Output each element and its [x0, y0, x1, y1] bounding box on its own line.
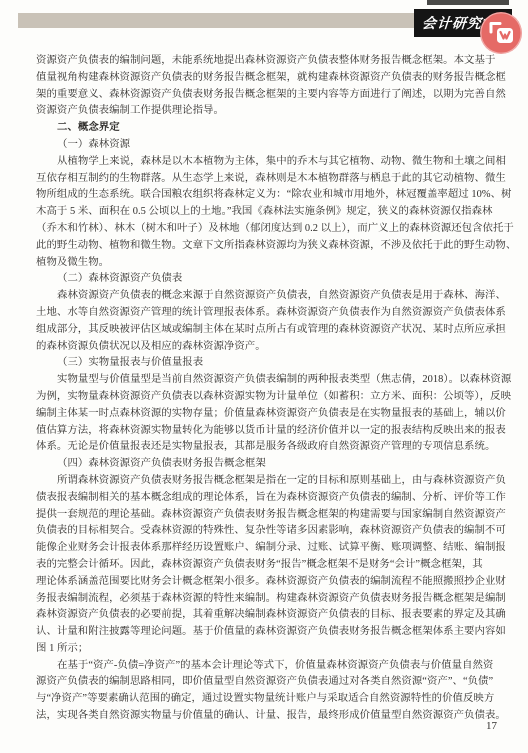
text-line: 资源资产负债表的编制问题，未能系统地提出森林资源资产负债表整体财务报告概念框架。… [36, 53, 495, 70]
text-line: 木高于 5 米、面积在 0.5 公顷以上的土地。”我国《森林法实施条例》规定，狭… [36, 204, 495, 221]
text-line: 从植物学上来说，森林是以木本植物为主体，集中的乔木与其它植物、动物、微生物和土壤… [36, 154, 495, 171]
text-line: 此的野生动物、植物和微生物。文章下文所指森林资源均为狭义森林资源，不涉及依托于此… [36, 238, 495, 255]
text-line: 二、概念界定 [36, 120, 495, 137]
text-line: 互依存相互制约的生物群落。从生态学上来说，森林则是木本植物群落与栖息于此的其它动… [36, 171, 495, 188]
text-line: 负债表的目标相契合。受森林资源的特殊性、复杂性等诸多因素影响，森林资源资产负债表… [36, 523, 495, 540]
text-line: 所谓森林资源资产负债表财务报告概念框架是指在一定的目标和原则基础上，由与森林资源… [36, 473, 495, 490]
floating-clip-button[interactable] [479, 11, 523, 55]
text-line: 架的重要意义、森林资源资产负债表财务报告概念框架的主要内容等方面进行了阐述，以期… [36, 87, 495, 104]
journal-page: 会计研究202 资源资产负债表的编制问题，未能系统地提出森林资源资产负债表整体财… [0, 0, 528, 753]
text-line: （三）实物量报表与价值量报表 [36, 355, 495, 372]
text-line: 值估算方法，将森林资源实物量转化为能够以货币计量的经济价值并以一定的报表结构反映… [36, 423, 495, 440]
text-line: 森林资源资产负债表的必要前提，其着重解决编制森林资源资产负债表的目标、报表要素的… [36, 607, 495, 624]
text-line: 图 1 所示； [36, 641, 495, 658]
article: 资源资产负债表的编制问题，未能系统地提出森林资源资产负债表整体财务报告概念框架。… [36, 53, 495, 725]
text-line: 物所组成的生态系统。联合国粮农组织将森林定义为：“除农业和城市用地外，林冠覆盖率… [36, 187, 495, 204]
text-line: 表的完整会计循环。因此，森林资源资产负债表财务“报告”概念框架不是财务“会计”概… [36, 557, 495, 574]
text-line: 理论体系涵盖范围要比财务会计概念框架小很多。森林资源资产负债表的编制流程不能照搬… [36, 574, 495, 591]
text-line: 森林资源资产负债表的概念来源于自然资源资产负债表，自然资源资产负债表是用于森林、… [36, 288, 495, 305]
text-line: 为例，实物量森林资源资产负债表以森林资源实物为计量单位（如蓄积：立方米、面积：公… [36, 389, 495, 406]
text-line: 资源资产负债表编制工作提供理论指导。 [36, 103, 495, 120]
text-line: （四）森林资源资产负债表财务报告概念框架 [36, 456, 495, 473]
text-line: 在基于“资产-负债=净资产”的基本会计理论等式下，价值量森林资源资产负债表与价值… [36, 658, 495, 675]
text-line: 土地、水等自然资源资产管理的统计管理报表体系。森林资源资产负债表作为自然资源资产… [36, 305, 495, 322]
text-line: （二）森林资源资产负债表 [36, 271, 495, 288]
page-edge-strip [427, 0, 509, 5]
text-line: 债表报表编制相关的基本概念组成的理论体系，旨在为森林资源资产负债表的编制、分析、… [36, 490, 495, 507]
text-line: 编制主体某一时点森林资源的实物存量；价值量森林资源资产负债表是在实物量报表的基础… [36, 406, 495, 423]
text-line: 实物量型与价值量型是当前自然资源资产负债表编制的两种报表类型（焦志倩，2018）… [36, 372, 495, 389]
text-line: 认、计量和附注披露等理论问题。基于价值量的森林资源资产负债表财务报告概念框架体系… [36, 624, 495, 641]
header-rule [18, 13, 415, 28]
text-line: 植物及微生物。 [36, 255, 495, 272]
text-line: 务报表编制流程，必须基于森林资源的特性来编制。构建森林资源资产负债表财务报告概念… [36, 591, 495, 608]
page-number: 17 [486, 720, 497, 732]
text-line: 的森林资源负债状况以及相应的森林资源净资产。 [36, 339, 495, 356]
text-line: 源资产负债表的编制思路相同，即价值量型自然资源资产负债表通过对各类自然资源“资产… [36, 674, 495, 691]
text-line: 体系。无论是价值量报表还是实物量报表，其都是服务各级政府自然资源资产管理的专项信… [36, 439, 495, 456]
text-line: 提供一套规范的理论基础。森林资源资产负债表财务报告概念框架的构建需要与国家编制自… [36, 507, 495, 524]
text-line: 值量视角构建森林资源资产负债表的财务报告概念框架，就构建森林资源资产负债表的财务… [36, 70, 495, 87]
text-line: （一）森林资源 [36, 137, 495, 154]
text-line: 能像企业财务会计报表体系那样经历设置账户、编制分录、过账、试算平衡、账项调整、结… [36, 540, 495, 557]
text-line: 法，实现各类自然资源实物量与价值量的确认、计量、报告，最终形成价值量型自然资源资… [36, 708, 495, 725]
text-line: （乔木和竹林）、林木（树木和叶子）及林地（郁闭度达到 0.2 以上），而广义上的… [36, 221, 495, 238]
text-line: 组成部分，其反映被评估区域或编制主体在某时点所占有或管理的森林资源资产状况、某时… [36, 322, 495, 339]
text-line: 与“净资产”等要素确认范围的确定，通过设置实物量统计账户与采取适合自然资源特性的… [36, 691, 495, 708]
